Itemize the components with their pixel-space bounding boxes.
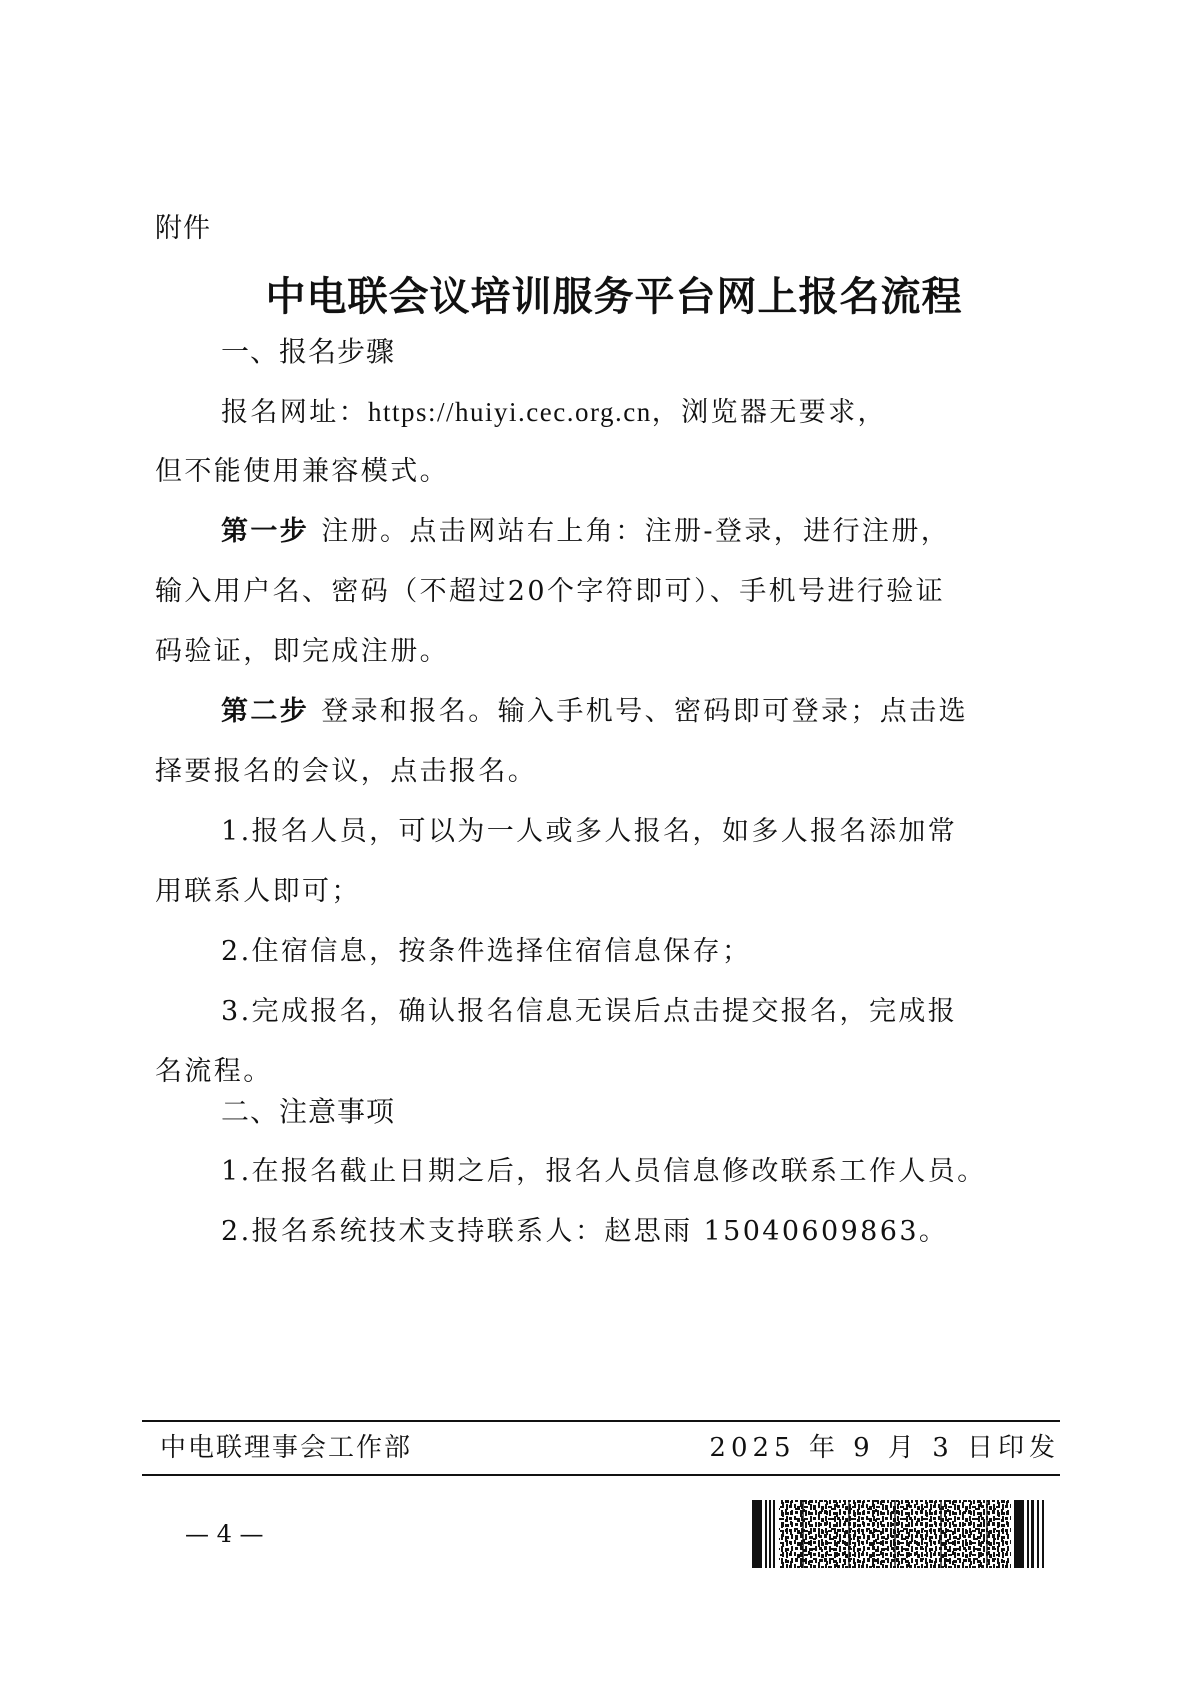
document-page: 附件 中电联会议培训服务平台网上报名流程 一、报名步骤 报名网址：https:/… (0, 0, 1200, 1697)
step1-line2: 输入用户名、密码（不超过20个字符即可）、手机号进行验证 (155, 562, 945, 622)
note-item-1: 1.在报名截止日期之后，报名人员信息修改联系工作人员。 (221, 1142, 987, 1202)
url-paragraph-line2: 但不能使用兼容模式。 (155, 442, 449, 502)
document-title: 中电联会议培训服务平台网上报名流程 (0, 272, 1200, 322)
url-label: 报名网址： (221, 397, 368, 428)
step1-line1: 第一步注册。点击网站右上角：注册-登录，进行注册， (221, 502, 950, 562)
footer-bottom-rule (142, 1474, 1060, 1476)
footer-top-rule (142, 1420, 1060, 1422)
step1-label: 第一步 (221, 516, 309, 547)
step2-line1: 第二步登录和报名。输入手机号、密码即可登录；点击选 (221, 682, 968, 742)
footer-issuer: 中电联理事会工作部 (160, 1428, 412, 1468)
attachment-label: 附件 (155, 213, 211, 245)
list-item-1-line1: 1.报名人员，可以为一人或多人报名，如多人报名添加常 (221, 802, 957, 862)
step1-text: 注册。点击网站右上角：注册-登录，进行注册， (321, 516, 950, 547)
registration-url-link[interactable]: https://huiyi.cec.org.cn (368, 397, 652, 427)
list-item-1-line2: 用联系人即可； (155, 862, 361, 922)
step1-line3: 码验证，即完成注册。 (155, 622, 449, 682)
step2-text: 登录和报名。输入手机号、密码即可登录；点击选 (321, 696, 968, 727)
step2-line2: 择要报名的会议，点击报名。 (155, 742, 537, 802)
note-item-2: 2.报名系统技术支持联系人：赵思雨 15040609863。 (221, 1202, 948, 1262)
pdf417-barcode-icon (752, 1498, 1048, 1570)
section-heading-notes: 二、注意事项 (221, 1082, 395, 1142)
list-item-2: 2.住宿信息，按条件选择住宿信息保存； (221, 922, 751, 982)
page-number: — 4 — (185, 1518, 264, 1550)
url-paragraph-line1: 报名网址：https://huiyi.cec.org.cn，浏览器无要求， (221, 382, 887, 442)
section-heading-steps: 一、报名步骤 (221, 322, 395, 382)
step2-label: 第二步 (221, 696, 309, 727)
footer-issue-date: 2025 年 9 月 3 日印发 (709, 1428, 1060, 1468)
section-registration-steps: 一、报名步骤 报名网址：https://huiyi.cec.org.cn，浏览器… (155, 322, 1050, 1082)
section-notes: 二、注意事项 1.在报名截止日期之后，报名人员信息修改联系工作人员。 2.报名系… (155, 1082, 1050, 1262)
url-suffix: ，浏览器无要求， (652, 397, 887, 428)
list-item-3-line1: 3.完成报名，确认报名信息无误后点击提交报名，完成报 (221, 982, 957, 1042)
